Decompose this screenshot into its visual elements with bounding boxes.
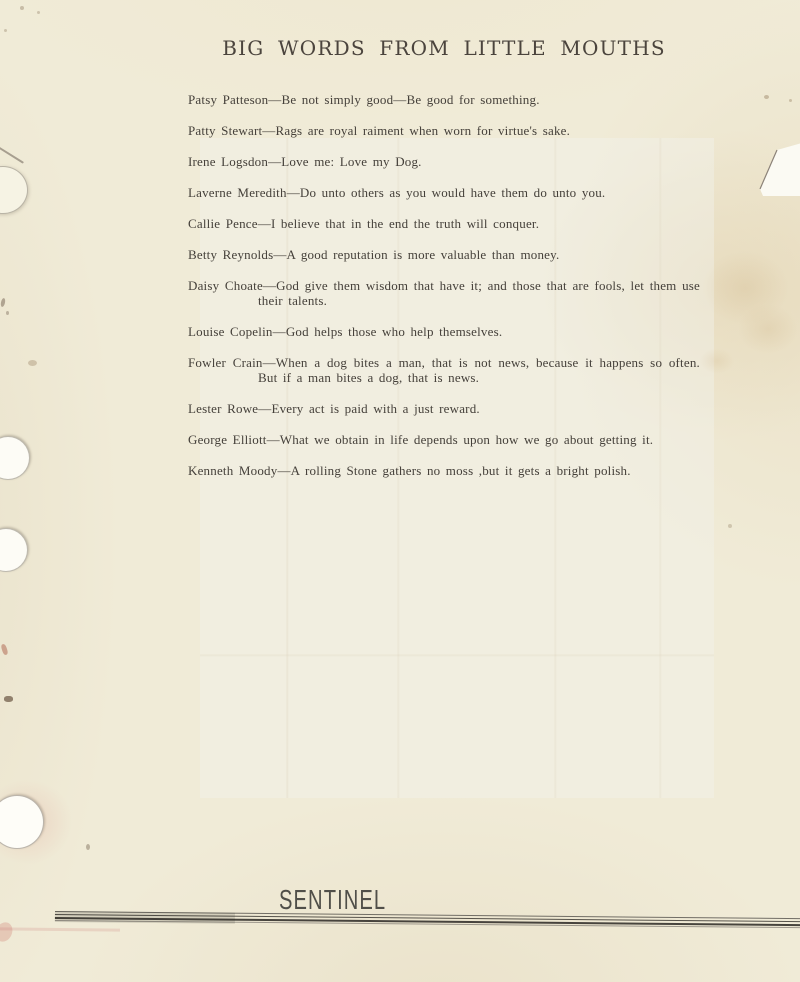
quote-entry: Patsy Patteson—Be not simply good—Be goo… — [188, 92, 700, 107]
student-name: Lester Rowe — [188, 401, 258, 416]
student-name: Daisy Choate — [188, 278, 263, 293]
student-name: Patty Stewart — [188, 123, 262, 138]
quote-text: Rags are royal raiment when worn for vir… — [276, 123, 571, 138]
quote-entry: Louise Copelin—God helps those who help … — [188, 324, 700, 339]
em-dash-separator: — — [258, 216, 271, 231]
paper-speck — [86, 844, 90, 850]
paper-speck — [20, 6, 24, 10]
em-dash-separator: — — [277, 463, 290, 478]
masthead-rule — [55, 911, 800, 930]
quote-entry: George Elliott—What we obtain in life de… — [188, 432, 700, 447]
student-name: George Elliott — [188, 432, 267, 447]
page-tear — [756, 142, 800, 198]
masthead-title: SENTINEL — [279, 884, 386, 916]
quote-entry: Kenneth Moody—A rolling Stone gathers no… — [188, 463, 700, 478]
em-dash-separator: — — [287, 185, 300, 200]
student-name: Fowler Crain — [188, 355, 263, 370]
em-dash-separator: — — [268, 154, 281, 169]
quote-entry: Laverne Meredith—Do unto others as you w… — [188, 185, 700, 200]
scanned-yearbook-page: BIG WORDS FROM LITTLE MOUTHS Patsy Patte… — [0, 0, 800, 982]
em-dash-separator: — — [267, 432, 280, 447]
student-name: Callie Pence — [188, 216, 258, 231]
quote-text: Do unto others as you would have them do… — [300, 185, 606, 200]
student-name: Laverne Meredith — [188, 185, 287, 200]
paper-stain — [728, 296, 800, 362]
paper-speck — [6, 311, 9, 315]
quote-entry: Daisy Choate—God give them wisdom that h… — [188, 278, 700, 308]
quote-text: When a dog bites a man, that is not news… — [258, 355, 700, 385]
page-title: BIG WORDS FROM LITTLE MOUTHS — [188, 36, 700, 60]
paper-speck — [0, 643, 8, 655]
student-name: Betty Reynolds — [188, 247, 273, 262]
quote-list: Patsy Patteson—Be not simply good—Be goo… — [188, 92, 700, 494]
paper-stain — [694, 344, 740, 378]
paper-speck — [764, 95, 769, 99]
quote-text: A rolling Stone gathers no moss ,but it … — [291, 463, 631, 478]
paper-speck — [4, 29, 7, 32]
em-dash-separator: — — [258, 401, 271, 416]
em-dash-separator: — — [263, 278, 276, 293]
paper-stain — [0, 920, 15, 945]
student-name: Louise Copelin — [188, 324, 273, 339]
punch-hole — [0, 166, 28, 214]
em-dash-separator: — — [273, 324, 286, 339]
paper-speck — [28, 360, 37, 366]
paper-speck — [0, 298, 6, 308]
quote-text: God give them wisdom that have it; and t… — [258, 278, 700, 308]
paper-stain — [0, 927, 120, 931]
quote-entry: Lester Rowe—Every act is paid with a jus… — [188, 401, 700, 416]
quote-text: I believe that in the end the truth will… — [271, 216, 539, 231]
student-name: Irene Logsdon — [188, 154, 268, 169]
paper-speck — [4, 696, 13, 702]
paper-speck — [789, 99, 792, 102]
em-dash-separator: — — [262, 123, 275, 138]
quote-text: Every act is paid with a just reward. — [271, 401, 479, 416]
student-name: Kenneth Moody — [188, 463, 277, 478]
rule-dark-segment — [55, 911, 235, 924]
pen-mark — [0, 146, 24, 164]
quote-text: God helps those who help themselves. — [286, 324, 503, 339]
quote-entry: Fowler Crain—When a dog bites a man, tha… — [188, 355, 700, 385]
paper-speck — [37, 11, 40, 14]
quote-text: Be not simply good—Be good for something… — [281, 92, 539, 107]
quote-text: What we obtain in life depends upon how … — [280, 432, 653, 447]
em-dash-separator: — — [268, 92, 281, 107]
quote-entry: Betty Reynolds—A good reputation is more… — [188, 247, 700, 262]
em-dash-separator: — — [273, 247, 286, 262]
punch-hole — [0, 528, 28, 572]
student-name: Patsy Patteson — [188, 92, 268, 107]
quote-text: Love me: Love my Dog. — [281, 154, 421, 169]
quote-text: A good reputation is more valuable than … — [287, 247, 560, 262]
quote-entry: Callie Pence—I believe that in the end t… — [188, 216, 700, 231]
paper-speck — [728, 524, 732, 528]
quote-entry: Patty Stewart—Rags are royal raiment whe… — [188, 123, 700, 138]
quote-entry: Irene Logsdon—Love me: Love my Dog. — [188, 154, 700, 169]
em-dash-separator: — — [263, 355, 276, 370]
punch-hole — [0, 436, 30, 480]
